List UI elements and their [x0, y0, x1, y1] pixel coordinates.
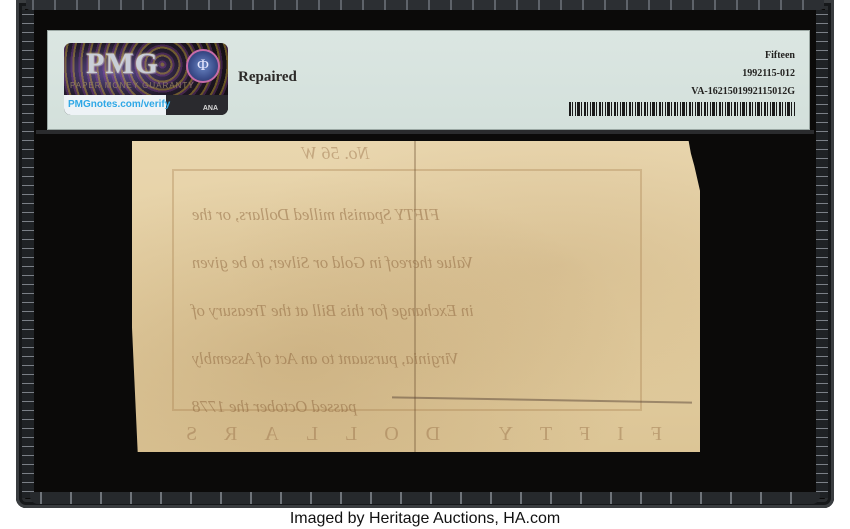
pmg-brand-text: PMG	[86, 47, 159, 81]
globe-icon: Φ	[186, 49, 220, 83]
barcode	[569, 102, 795, 116]
label-divider	[36, 130, 814, 134]
verify-url: PMGnotes.com/verify	[64, 95, 166, 115]
note-bottom-border-text: FIFTY DOLLARS	[152, 423, 662, 446]
condition-text: Repaired	[238, 69, 297, 86]
grading-label: PMG Φ PAPER MONEY GUARANTY PMGnotes.com/…	[47, 30, 810, 130]
note-line: Virginia, pursuant to an Act of Assembly	[192, 347, 632, 371]
grade-block: Fifteen 1992115-012 VA-1621501992115012G	[691, 51, 795, 99]
note-bleedthrough-text: FIFTY Spanish milled Dollars, or the Val…	[192, 179, 632, 443]
holder-top-edge	[26, 0, 824, 10]
banknote-back: No. 56 W FIFTY Spanish milled Dollars, o…	[132, 141, 700, 452]
serial-number: 1992115-012	[691, 69, 795, 79]
holder-right-edge	[816, 10, 828, 498]
pmg-hologram-logo: PMG Φ PAPER MONEY GUARANTY PMGnotes.com/…	[64, 43, 228, 115]
note-line: Value thereof in Gold or Silver, to be g…	[192, 251, 632, 275]
grade-label: Fifteen	[691, 51, 795, 61]
ana-badge: ANA	[203, 105, 218, 112]
pmg-logo-subtitle: PAPER MONEY GUARANTY	[70, 81, 195, 90]
holder-left-edge	[22, 10, 34, 498]
holder-bottom-edge	[30, 492, 820, 504]
verify-bar: PMGnotes.com/verify ANA	[64, 95, 228, 115]
note-header: No. 56 W	[302, 143, 370, 164]
image-credit-caption: Imaged by Heritage Auctions, HA.com	[0, 508, 850, 529]
note-line: FIFTY Spanish milled Dollars, or the	[192, 203, 632, 227]
cert-code: VA-1621501992115012G	[691, 87, 795, 97]
note-line: in Exchange for this Bill at the Treasur…	[192, 299, 632, 323]
